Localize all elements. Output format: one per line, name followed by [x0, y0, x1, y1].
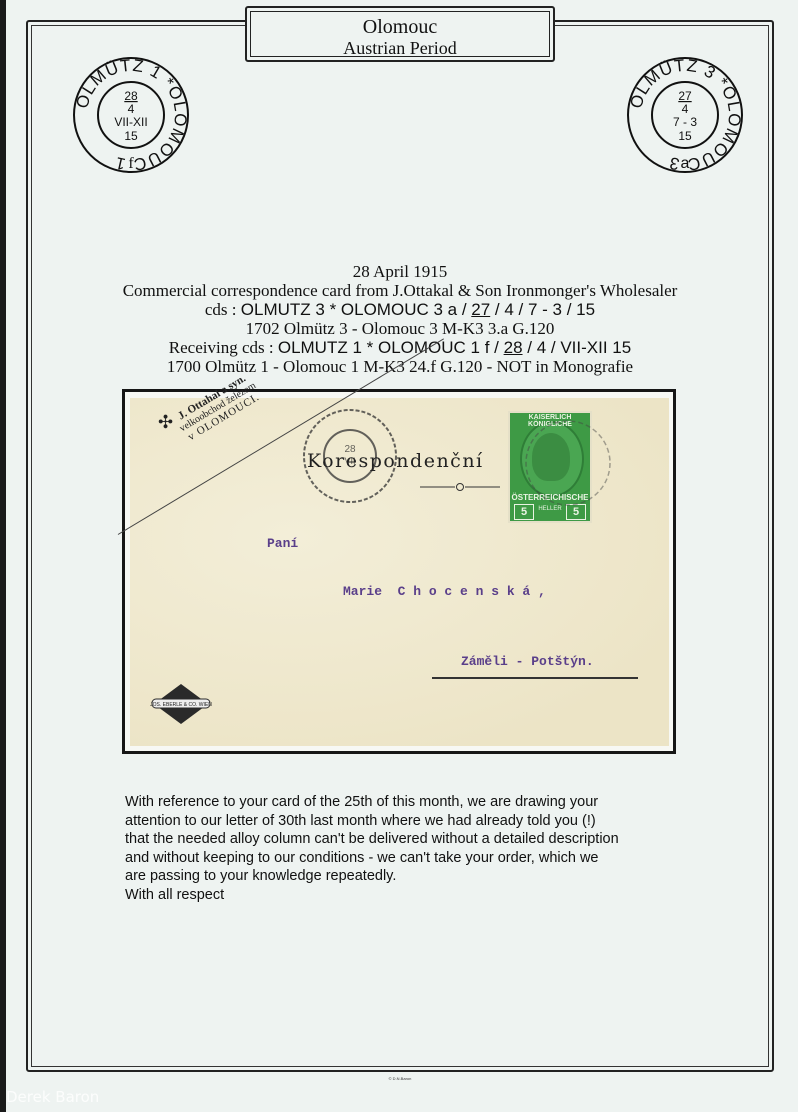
message-line: that the needed alloy column can't be de… [125, 830, 685, 849]
destination: Záměli - Potštýn. [461, 654, 594, 669]
message-line: are passing to your knowledge repeatedly… [125, 867, 685, 886]
svg-text:4: 4 [682, 102, 689, 116]
svg-text:28: 28 [124, 89, 138, 103]
correspondence-card: ✣ J. Ottahal a syn. velkoobchod železem … [130, 398, 669, 746]
svg-text:f: f [128, 155, 134, 172]
message-translation: With reference to your card of the 25th … [125, 793, 685, 904]
message-line: and without keeping to our conditions - … [125, 849, 685, 868]
page-title: Olomouc [251, 16, 549, 38]
svg-text:4: 4 [128, 102, 135, 116]
message-line: With reference to your card of the 25th … [125, 793, 685, 812]
description-receiving-cds: Receiving cds : OLMUTZ 1 * OLOMOUC 1 f /… [60, 338, 740, 357]
description-cds-catalog: 1702 Olmütz 3 - Olomouc 3 M-K3 3.a G.120 [60, 319, 740, 338]
stamp-cancel-icon [518, 418, 618, 508]
salutation: Paní [267, 536, 298, 551]
svg-text:7 - 3: 7 - 3 [673, 115, 697, 129]
svg-text:VII-XII: VII-XII [114, 115, 147, 129]
svg-text:15: 15 [124, 129, 138, 143]
item-description: 28 April 1915 Commercial correspondence … [60, 262, 740, 376]
description-receiving-catalog: 1700 Olmütz 1 - Olomouc 1 M-K3 24.f G.12… [60, 357, 740, 376]
svg-text:15: 15 [678, 129, 692, 143]
message-line: attention to our letter of 30th last mon… [125, 812, 685, 831]
page-title-box: Olomouc Austrian Period [245, 6, 555, 62]
recipient-name: Marie C h o c e n s k á , [343, 584, 546, 599]
svg-text:27: 27 [678, 89, 692, 103]
postmark-left-icon: OLMÜTZ 1 *OLOMOUC 1 f 28 4 VII-XII 15 [70, 54, 192, 176]
address-underline [432, 677, 638, 679]
description-summary: Commercial correspondence card from J.Ot… [60, 281, 740, 300]
card-image-frame: ✣ J. Ottahal a syn. velkoobchod železem … [122, 389, 676, 754]
card-ornament-icon [420, 482, 500, 492]
card-title: Korespondenční [307, 450, 484, 472]
svg-text:a: a [681, 155, 690, 172]
postmark-olmutz-1: OLMÜTZ 1 *OLOMOUC 1 f 28 4 VII-XII 15 [70, 54, 192, 176]
description-date: 28 April 1915 [60, 262, 740, 281]
author-watermark: Derek Baron [6, 1088, 99, 1106]
message-line: With all respect [125, 886, 685, 905]
page-subtitle: Austrian Period [251, 38, 549, 58]
copyright-notice: © D.N.Baron [370, 1076, 430, 1081]
postmark-right-icon: OLMÜTZ 3 *OLOMOUC 3 a 27 4 7 - 3 15 [624, 54, 746, 176]
printer-mark-icon: JOS. EBERLE & CO. WIEN [150, 682, 212, 726]
page-edge-shadow [0, 0, 6, 1112]
postmark-olmutz-3: OLMÜTZ 3 *OLOMOUC 3 a 27 4 7 - 3 15 [624, 54, 746, 176]
description-cds: cds : OLMUTZ 3 * OLOMOUC 3 a / 27 / 4 / … [60, 300, 740, 319]
svg-text:JOS. EBERLE & CO. WIEN: JOS. EBERLE & CO. WIEN [150, 702, 212, 708]
